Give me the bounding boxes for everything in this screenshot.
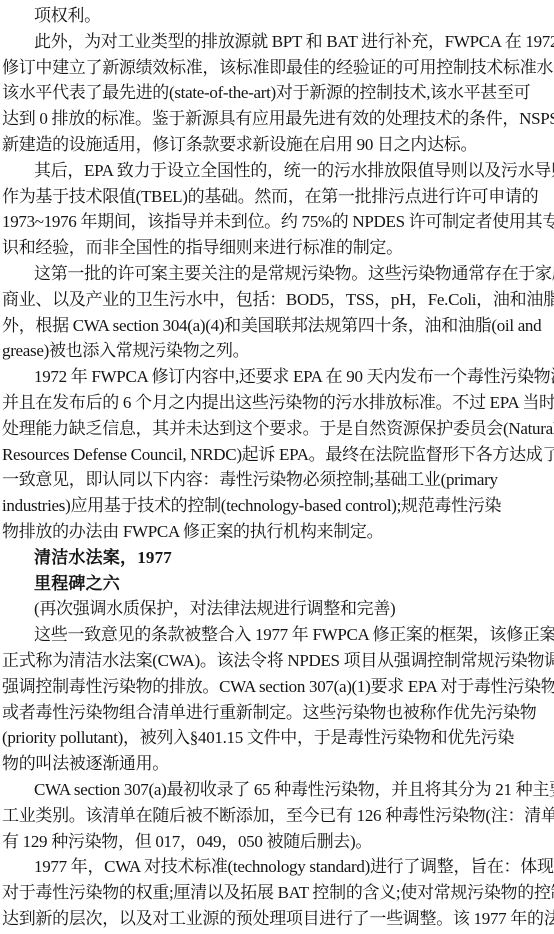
text-line: 物的叫法被逐渐通用。 xyxy=(2,751,554,777)
text-line: 处理能力缺乏信息，其并未达到这个要求。于是自然资源保护委员会(Natural xyxy=(2,416,554,442)
section-heading: 清洁水法案，1977 xyxy=(2,545,554,571)
text-line: 商业、以及产业的卫生污水中，包括：BOD5，TSS，pH，Fe.Coli，油和油… xyxy=(2,287,554,313)
text-line: CWA section 307(a)最初收录了 65 种毒性污染物，并且将其分为… xyxy=(2,777,554,803)
text-line: 达到新的层次，以及对工业源的预处理项目进行了一些调整。该 1977 年的法案， xyxy=(2,906,554,932)
text-line: 1972 年 FWPCA 修订内容中,还要求 EPA 在 90 天内发布一个毒性… xyxy=(2,364,554,390)
text-line: 其后，EPA 致力于设立全国性的，统一的污水排放限值导则以及污水导则， xyxy=(2,158,554,184)
text-line: 作为基于技术限值(TBEL)的基础。然而，在第一批排污点进行许可申请的 xyxy=(2,184,554,210)
text-line: 这些一致意见的条款被整合入 1977 年 FWPCA 修正案的框架，该修正案也被 xyxy=(2,622,554,648)
text-line: 1973~1976 年期间，该指导并未到位。约 75%的 NPDES 许可制定者… xyxy=(2,209,554,235)
text-line: 外，根据 CWA section 304(a)(4)和美国联邦法规第四十条，油和… xyxy=(2,313,554,339)
text-line: 新建造的设施适用，修订条款要求新设施在启用 90 日之内达标。 xyxy=(2,132,554,158)
text-line: 正式称为清洁水法案(CWA)。该法令将 NPDES 项目从强调控制常规污染物调整… xyxy=(2,648,554,674)
text-line: 并且在发布后的 6 个月之内提出这些污染物的污水排放标准。不过 EPA 当时因对 xyxy=(2,390,554,416)
section-heading: 里程碑之六 xyxy=(2,571,554,597)
text-line: (再次强调水质保护，对法律法规进行调整和完善) xyxy=(2,596,554,622)
text-line: 这第一批的许可案主要关注的是常规污染物。这些污染物通常存在于家庭、 xyxy=(2,261,554,287)
text-line: (priority pollutant)，被列入§401.15 文件中，于是毒性… xyxy=(2,725,554,751)
text-line: 达到 0 排放的标准。鉴于新源具有应用最先进有效的处理技术的条件，NSPS 对 xyxy=(2,106,554,132)
text-line: 物排放的办法由 FWPCA 修正案的执行机构来制定。 xyxy=(2,519,554,545)
document-page: 项权利。 此外，为对工业类型的排放源就 BPT 和 BAT 进行补充，FWPCA… xyxy=(0,0,554,934)
text-line: grease)被也添入常规污染物之列。 xyxy=(2,338,554,364)
text-line: 1977 年，CWA 对技术标准(technology standard)进行了… xyxy=(2,854,554,880)
text-line: 对于毒性污染物的权重;厘清以及拓展 BAT 控制的含义;使对常规污染物的控制 xyxy=(2,880,554,906)
text-line: 工业类别。该清单在随后被不断添加，至今已有 126 种毒性污染物(注：清单原 xyxy=(2,803,554,829)
text-line: Resources Defense Council, NRDC)起诉 EPA。最… xyxy=(2,442,554,468)
text-line: 或者毒性污染物组合清单进行重新制定。这些污染物也被称作优先污染物 xyxy=(2,700,554,726)
text-line: 此外，为对工业类型的排放源就 BPT 和 BAT 进行补充，FWPCA 在 19… xyxy=(2,29,554,55)
text-line: 项权利。 xyxy=(2,3,554,29)
text-line: 修订中建立了新源绩效标准，该标准即最佳的经验证的可用控制技术标准水平。 xyxy=(2,55,554,81)
text-line: 该水平代表了最先进的(state-of-the-art)对于新源的控制技术,该水… xyxy=(2,80,554,106)
text-line: 强调控制毒性污染物的排放。CWA section 307(a)(1)要求 EPA… xyxy=(2,674,554,700)
text-line: industries)应用基于技术的控制(technology-based co… xyxy=(2,493,554,519)
text-line: 一致意见，即认同以下内容：毒性污染物必须控制;基础工业(primary xyxy=(2,467,554,493)
text-line: 识和经验，而非全国性的指导细则来进行标准的制定。 xyxy=(2,235,554,261)
text-line: 有 129 种污染物，但 017，049，050 被随后删去)。 xyxy=(2,829,554,855)
